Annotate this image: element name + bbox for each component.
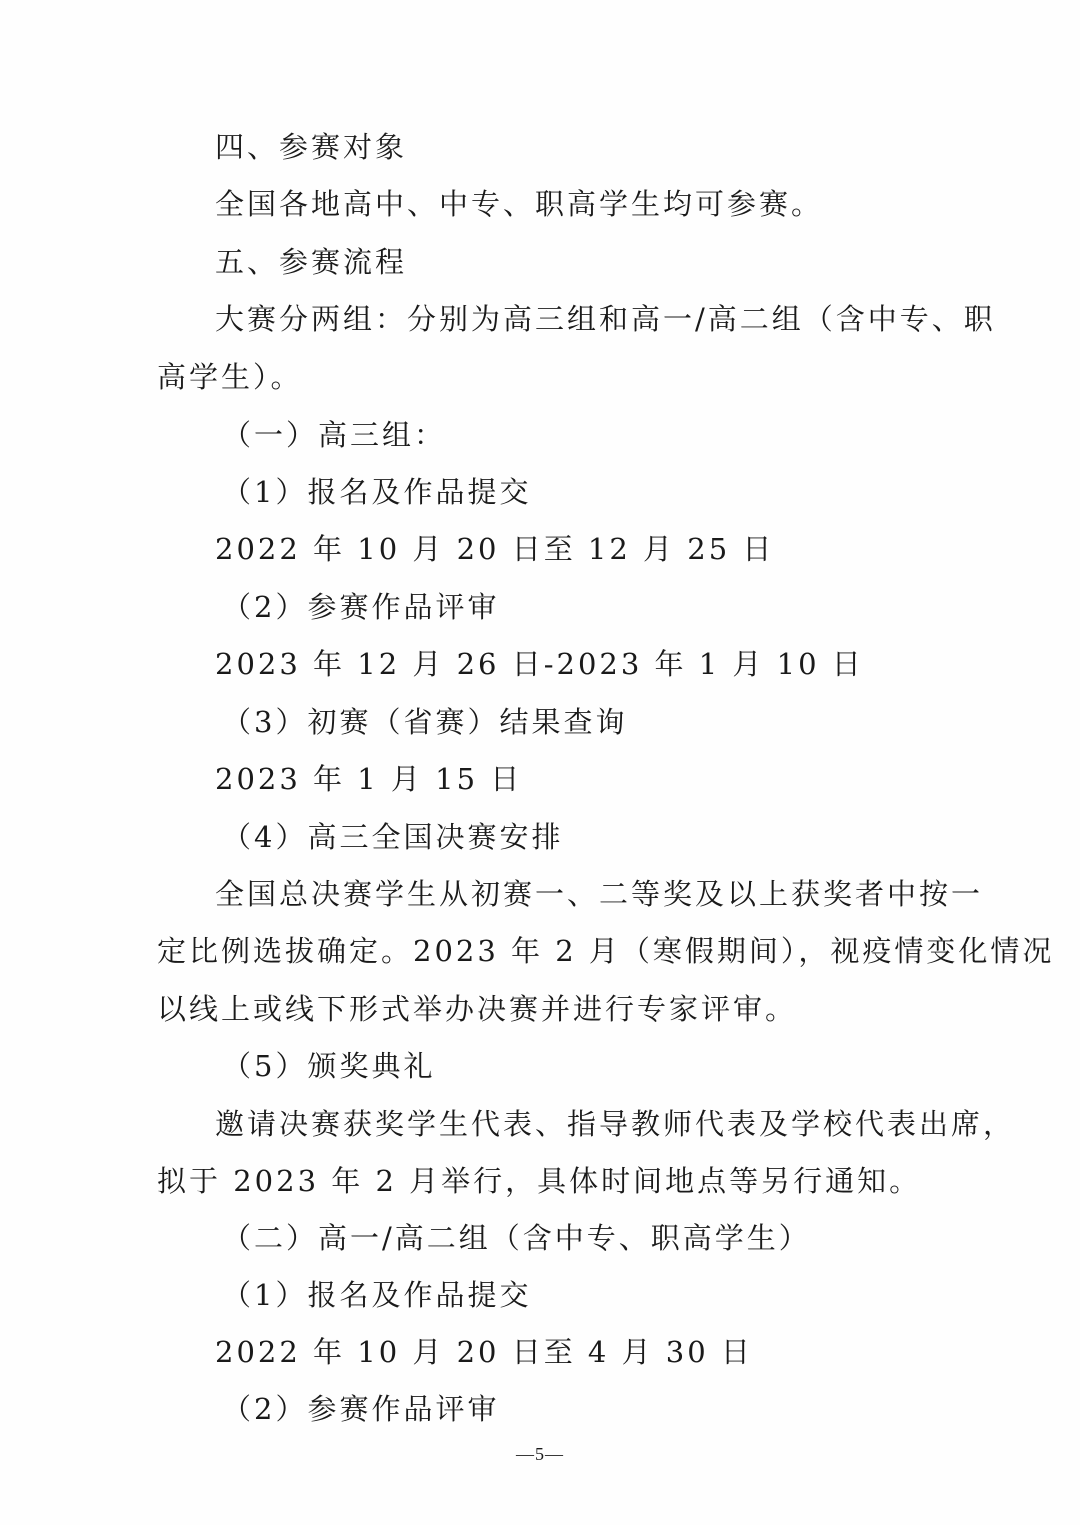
section-heading: 四、参赛对象 bbox=[215, 130, 407, 164]
subsection-heading: （二）高一/高二组（含中专、职高学生） bbox=[222, 1221, 811, 1255]
document-page: 四、参赛对象 全国各地高中、中专、职高学生均可参赛。 五、参赛流程 大赛分两组：… bbox=[0, 0, 1080, 1525]
section-heading: 五、参赛流程 bbox=[215, 245, 407, 279]
step-date: 2023 年 1 月 15 日 bbox=[215, 762, 522, 796]
step-title: （4）高三全国决赛安排 bbox=[222, 820, 563, 854]
paragraph: 高学生）。 bbox=[157, 360, 303, 394]
paragraph: 全国总决赛学生从初赛一、二等奖及以上获奖者中按一 bbox=[215, 877, 927, 911]
step-title: （5）颁奖典礼 bbox=[222, 1049, 435, 1083]
step-title: （2）参赛作品评审 bbox=[222, 590, 499, 624]
paragraph: 拟于 2023 年 2 月举行，具体时间地点等另行通知。 bbox=[157, 1164, 921, 1198]
subsection-heading: （一）高三组： bbox=[222, 418, 446, 452]
paragraph: 以线上或线下形式举办决赛并进行专家评审。 bbox=[157, 992, 797, 1026]
step-title: （1）报名及作品提交 bbox=[222, 475, 531, 509]
step-title: （1）报名及作品提交 bbox=[222, 1278, 531, 1312]
step-date: 2023 年 12 月 26 日-2023 年 1 月 10 日 bbox=[215, 647, 864, 681]
step-date: 2022 年 10 月 20 日至 4 月 30 日 bbox=[215, 1335, 753, 1369]
paragraph: 定比例选拔确定。2023 年 2 月（寒假期间），视疫情变化情况 bbox=[157, 934, 927, 968]
paragraph: 邀请决赛获奖学生代表、指导教师代表及学校代表出席， bbox=[215, 1107, 927, 1141]
step-title: （3）初赛（省赛）结果查询 bbox=[222, 705, 627, 739]
step-date: 2022 年 10 月 20 日至 12 月 25 日 bbox=[215, 532, 774, 566]
paragraph: 大赛分两组：分别为高三组和高一/高二组（含中专、职 bbox=[215, 302, 927, 336]
step-title: （2）参赛作品评审 bbox=[222, 1392, 499, 1426]
page-number: —5— bbox=[0, 1443, 1080, 1465]
paragraph: 全国各地高中、中专、职高学生均可参赛。 bbox=[215, 187, 823, 221]
